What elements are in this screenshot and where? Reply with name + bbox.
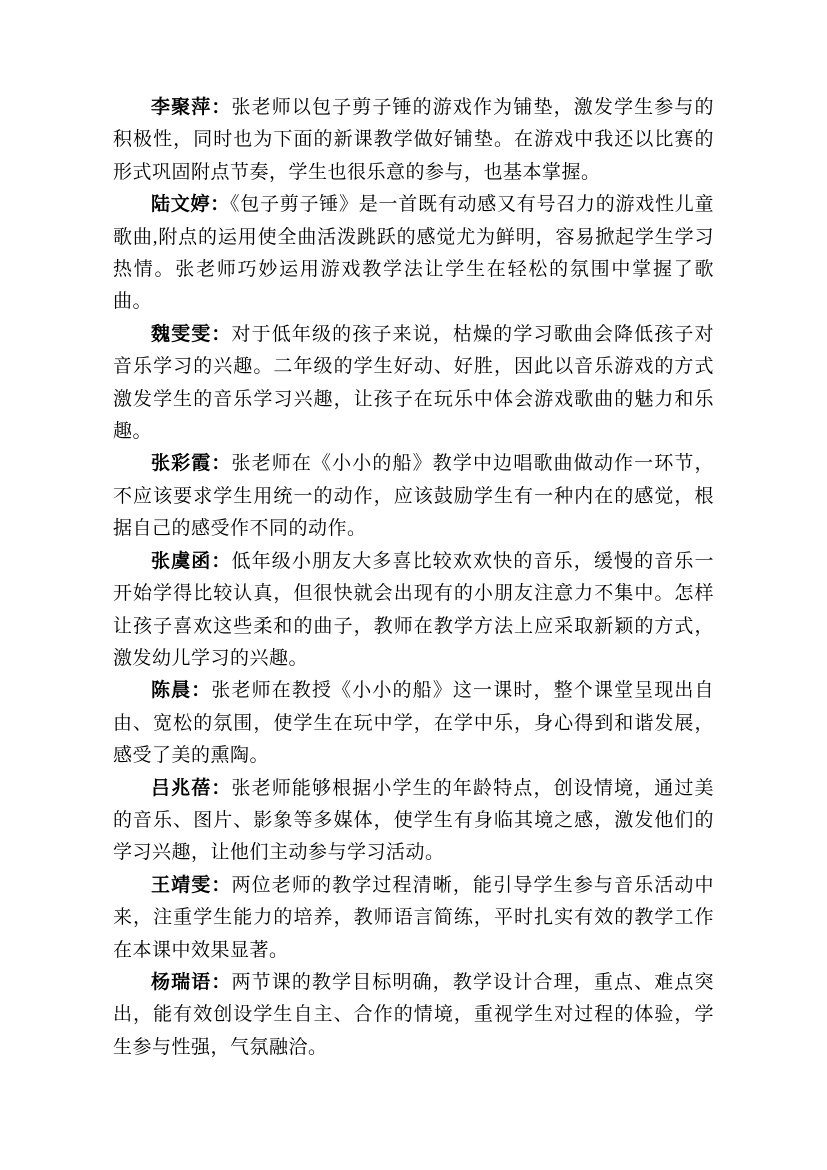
comment-paragraph: 陈晨：张老师在教授《小小的船》这一课时，整个课堂呈现出自由、宽松的氛围，使学生在…: [113, 675, 714, 772]
comment-paragraph: 杨瑞语：两节课的教学目标明确，教学设计合理，重点、难点突出，能有效创设学生自主、…: [113, 967, 714, 1064]
comment-paragraph: 魏雯雯：对于低年级的孩子来说，枯燥的学习歌曲会降低孩子对音乐学习的兴趣。二年级的…: [113, 319, 714, 449]
document-page: 李聚萍：张老师以包子剪子锤的游戏作为铺垫，激发学生参与的积极性，同时也为下面的新…: [0, 0, 827, 1170]
document-content: 李聚萍：张老师以包子剪子锤的游戏作为铺垫，激发学生参与的积极性，同时也为下面的新…: [113, 92, 714, 1064]
commenter-name: 李聚萍：: [151, 97, 232, 118]
commenter-name: 陆文婷：: [151, 194, 230, 215]
comment-paragraph: 张虞函：低年级小朋友大多喜比较欢欢快的音乐，缓慢的音乐一开始学得比较认真，但很快…: [113, 546, 714, 676]
commenter-name: 张彩霞：: [151, 453, 232, 474]
comment-paragraph: 吕兆蓓：张老师能够根据小学生的年龄特点，创设情境，通过美的音乐、图片、影象等多媒…: [113, 773, 714, 870]
commenter-name: 王靖雯：: [151, 875, 232, 896]
commenter-name: 吕兆蓓：: [151, 778, 232, 799]
commenter-name: 张虞函：: [151, 551, 232, 572]
comment-paragraph: 陆文婷：《包子剪子锤》是一首既有动感又有号召力的游戏性儿童歌曲,附点的运用使全曲…: [113, 189, 714, 319]
commenter-name: 杨瑞语：: [151, 972, 232, 993]
commenter-name: 魏雯雯：: [151, 324, 232, 345]
comment-paragraph: 王靖雯：两位老师的教学过程清晰，能引导学生参与音乐活动中来，注重学生能力的培养，…: [113, 870, 714, 967]
comment-paragraph: 张彩霞：张老师在《小小的船》教学中边唱歌曲做动作一环节，不应该要求学生用统一的动…: [113, 448, 714, 545]
commenter-name: 陈晨：: [151, 680, 211, 701]
comment-paragraph: 李聚萍：张老师以包子剪子锤的游戏作为铺垫，激发学生参与的积极性，同时也为下面的新…: [113, 92, 714, 189]
